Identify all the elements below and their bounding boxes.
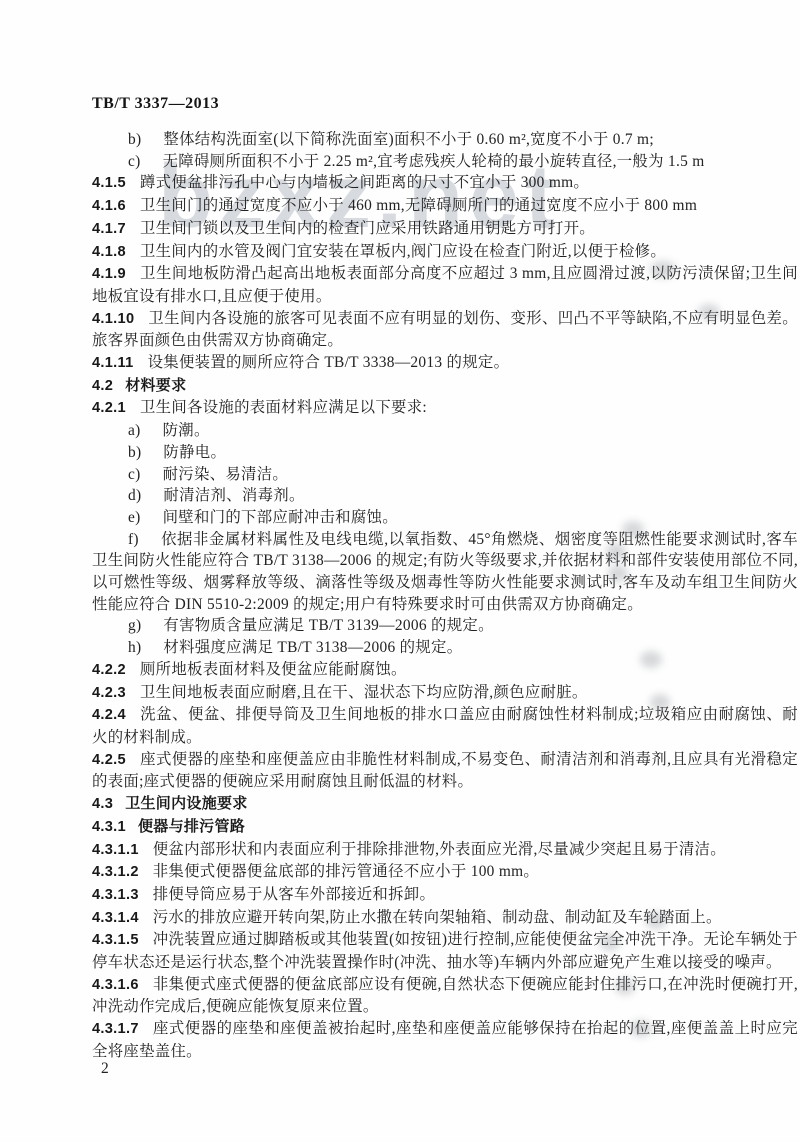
paragraph-text: 非集便式座式便器的便盆底部应设有便碗,自然状态下便碗应能封住排污口,在冲洗时便碗… <box>92 976 798 1016</box>
clause-number: 4.1.10 <box>92 311 134 327</box>
list-item: b)防静电。 <box>92 442 798 464</box>
paragraph-text: 卫生间各设施的表面材料应满足以下要求: <box>140 399 427 416</box>
paragraph-text: 便盆内部形状和内表面应利于排除排泄物,外表面应光滑,尽量减少突起且易于清洁。 <box>153 841 726 858</box>
clause-paragraph: 4.2.4洗盆、便盆、排便导筒及卫生间地板的排水口盖应由耐腐蚀性材料制成;垃圾箱… <box>92 704 798 748</box>
scan-smudge-artifact <box>630 1020 652 1037</box>
clause-number: 4.1.9 <box>92 266 126 282</box>
list-item: h)材料强度应满足 TB/T 3138—2006 的规定。 <box>92 637 798 659</box>
page-number: 2 <box>101 1060 109 1078</box>
paragraph-text: 卫生间内设施要求 <box>125 795 247 812</box>
list-item: e)间壁和门的下部应耐冲击和腐蚀。 <box>92 507 798 529</box>
clause-paragraph: 4.2.3卫生间地板表面应耐磨,且在干、湿状态下均应防滑,颜色应耐脏。 <box>92 682 798 705</box>
clause-number: 4.2.3 <box>92 685 126 701</box>
paragraph-text: 卫生间内的水管及阀门宜安装在罩板内,阀门应设在检查门附近,以便于检修。 <box>140 243 666 260</box>
scan-smudge-artifact <box>606 543 626 560</box>
paragraph-text: 污水的排放应避开转向架,防止水撒在转向架轴箱、制动盘、制动缸及车轮踏面上。 <box>153 909 722 926</box>
clause-paragraph: 4.1.6卫生间门的通过宽度不应小于 460 mm,无障碍厕所门的通过宽度不应小… <box>92 195 798 218</box>
clause-number: 4.1.11 <box>92 355 134 371</box>
clause-number: 4.3.1.7 <box>92 1021 139 1037</box>
clause-number: 4.3.1.5 <box>92 932 139 948</box>
item-marker: b) <box>128 131 141 148</box>
scan-smudge-artifact <box>650 694 670 711</box>
scan-smudge-artifact <box>622 521 644 538</box>
paragraph-text: 排便导筒应易于从客车外部接近和拆卸。 <box>153 886 435 903</box>
item-marker: b) <box>128 444 141 461</box>
clause-number: 4.1.5 <box>92 175 126 191</box>
paragraph-text: 依据非金属材料属性及电线电缆,以氧指数、45°角燃烧、烟密度等阻燃性能要求测试时… <box>92 531 798 613</box>
clause-paragraph: 4.2.1卫生间各设施的表面材料应满足以下要求: <box>92 397 798 420</box>
paragraph-text: 洗盆、便盆、排便导筒及卫生间地板的排水口盖应由耐腐蚀性材料制成;垃圾箱应由耐腐蚀… <box>92 706 798 746</box>
scan-smudge-artifact <box>615 978 635 995</box>
clause-number: 4.3.1.3 <box>92 887 139 903</box>
paragraph-text: 冲洗装置应通过脚踏板或其他装置(如按钮)进行控制,应能使便盆完全冲洗干净。无论车… <box>92 931 798 971</box>
paragraph-text: 无障碍厕所面积不小于 2.25 m²,宜考虑残疾人轮椅的最小旋转直径,一般为 1… <box>163 153 705 170</box>
clause-number: 4.1.7 <box>92 221 126 237</box>
clause-paragraph: 4.2.2厕所地板表面材料及便盆应能耐腐蚀。 <box>92 659 798 682</box>
clause-paragraph: 4.1.11设集便装置的厕所应符合 TB/T 3338—2013 的规定。 <box>92 352 798 375</box>
clause-number: 4.2.4 <box>92 707 126 723</box>
scan-smudge-artifact <box>640 651 662 668</box>
list-item: f)依据非金属材料属性及电线电缆,以氧指数、45°角燃烧、烟密度等阻燃性能要求测… <box>92 529 798 616</box>
item-marker: c) <box>128 466 141 483</box>
scan-smudge-artifact <box>645 912 667 929</box>
clause-number: 4.3.1.4 <box>92 910 139 926</box>
paragraph-text: 设集便装置的厕所应符合 TB/T 3338—2013 的规定。 <box>148 354 510 371</box>
clause-number: 4.3.1.1 <box>92 842 139 858</box>
paragraph-text: 卫生间地板表面应耐磨,且在干、湿状态下均应防滑,颜色应耐脏。 <box>140 684 588 701</box>
clause-number: 4.3.1.6 <box>92 977 139 993</box>
clause-paragraph: 4.3.1.4污水的排放应避开转向架,防止水撒在转向架轴箱、制动盘、制动缸及车轮… <box>92 907 798 930</box>
paragraph-text: 耐清洁剂、消毒剂。 <box>163 487 304 504</box>
clause-paragraph: 4.3.1.7座式便器的座垫和座便盖被抬起时,座垫和座便盖应能够保持在抬起的位置… <box>92 1018 798 1062</box>
paragraph-text: 防静电。 <box>163 444 226 461</box>
paragraph-text: 防潮。 <box>163 422 210 439</box>
clause-number: 4.3.1.2 <box>92 864 139 880</box>
paragraph-text: 卫生间门的通过宽度不应小于 460 mm,无障碍厕所门的通过宽度不应小于 800… <box>140 197 697 214</box>
paragraph-text: 材料要求 <box>125 377 186 394</box>
paragraph-text: 有害物质含量应满足 TB/T 3139—2006 的规定。 <box>163 617 493 634</box>
clause-paragraph: 4.1.10卫生间内各设施的旅客可见表面不应有明显的划伤、变形、凹凸不平等缺陷,… <box>92 308 798 352</box>
paragraph-text: 座式便器的座垫和座便盖应由非脆性材料制成,不易变色、耐清洁剂和消毒剂,且应具有光… <box>92 751 798 791</box>
list-item: g)有害物质含量应满足 TB/T 3139—2006 的规定。 <box>92 615 798 637</box>
clause-paragraph: 4.1.7卫生间门锁以及卫生间内的检查门应采用铁路通用钥匙方可打开。 <box>92 218 798 241</box>
document-body: b)整体结构洗面室(以下简称洗面室)面积不小于 0.60 m²,宽度不小于 0.… <box>92 129 798 1063</box>
paragraph-text: 非集便式便器便盆底部的排污管通径不应小于 100 mm。 <box>153 863 539 880</box>
clause-number: 4.2 <box>92 378 113 394</box>
paragraph-text: 卫生间地板防滑凸起高出地板表面部分高度不应超过 3 mm,且应圆滑过渡,以防污渍… <box>92 265 798 305</box>
item-marker: h) <box>128 639 141 656</box>
scan-smudge-artifact <box>698 304 720 320</box>
standard-number-header: TB/T 3337—2013 <box>92 95 219 113</box>
paragraph-text: 卫生间门锁以及卫生间内的检查门应采用铁路通用钥匙方可打开。 <box>140 220 595 237</box>
section-heading: 4.2材料要求 <box>92 375 798 398</box>
item-marker: f) <box>128 531 139 548</box>
clause-paragraph: 4.3.1.2非集便式便器便盆底部的排污管通径不应小于 100 mm。 <box>92 861 798 884</box>
clause-paragraph: 4.1.8卫生间内的水管及阀门宜安装在罩板内,阀门应设在检查门附近,以便于检修。 <box>92 241 798 264</box>
clause-number: 4.2.5 <box>92 752 126 768</box>
scan-smudge-artifact <box>650 261 676 278</box>
clause-paragraph: 4.3.1.6非集便式座式便器的便盆底部应设有便碗,自然状态下便碗应能封住排污口… <box>92 974 798 1018</box>
paragraph-text: 蹲式便盆排污孔中心与内墙板之间距离的尺寸不宜小于 300 mm。 <box>140 174 589 191</box>
paragraph-text: 卫生间内各设施的旅客可见表面不应有明显的划伤、变形、凹凸不平等缺陷,不应有明显色… <box>92 310 798 350</box>
scan-smudge-artifact <box>608 565 628 582</box>
paragraph-text: 材料强度应满足 TB/T 3138—2006 的规定。 <box>163 639 462 656</box>
paragraph-text: 便器与排污管路 <box>138 818 245 835</box>
list-item: c)无障碍厕所面积不小于 2.25 m²,宜考虑残疾人轮椅的最小旋转直径,一般为… <box>92 151 798 173</box>
item-marker: c) <box>128 153 141 170</box>
list-item: a)防潮。 <box>92 420 798 442</box>
clause-number: 4.3.1 <box>92 819 126 835</box>
clause-paragraph: 4.2.5座式便器的座垫和座便盖应由非脆性材料制成,不易变色、耐清洁剂和消毒剂,… <box>92 749 798 793</box>
clause-number: 4.2.1 <box>92 400 126 416</box>
list-item: c)耐污染、易清洁。 <box>92 464 798 486</box>
scan-smudge-artifact <box>600 934 620 951</box>
clause-number: 4.2.2 <box>92 662 126 678</box>
list-item: d)耐清洁剂、消毒剂。 <box>92 485 798 507</box>
paragraph-text: 厕所地板表面材料及便盆应能耐腐蚀。 <box>140 661 407 678</box>
clause-number: 4.1.6 <box>92 198 126 214</box>
section-heading: 4.3卫生间内设施要求 <box>92 793 798 816</box>
paragraph-text: 耐污染、易清洁。 <box>163 466 289 483</box>
clause-number: 4.1.8 <box>92 244 126 260</box>
item-marker: e) <box>128 509 141 526</box>
paragraph-text: 整体结构洗面室(以下简称洗面室)面积不小于 0.60 m²,宽度不小于 0.7 … <box>163 131 653 148</box>
item-marker: g) <box>128 617 141 634</box>
paragraph-text: 座式便器的座垫和座便盖被抬起时,座垫和座便盖应能够保持在抬起的位置,座便盖盖上时… <box>92 1020 798 1060</box>
clause-number: 4.3 <box>92 796 113 812</box>
clause-paragraph: 4.3.1.3排便导筒应易于从客车外部接近和拆卸。 <box>92 884 798 907</box>
clause-paragraph: 4.3.1.1便盆内部形状和内表面应利于排除排泄物,外表面应光滑,尽量减少突起且… <box>92 839 798 862</box>
list-item: b)整体结构洗面室(以下简称洗面室)面积不小于 0.60 m²,宽度不小于 0.… <box>92 129 798 151</box>
section-heading: 4.3.1便器与排污管路 <box>92 816 798 839</box>
clause-paragraph: 4.1.9卫生间地板防滑凸起高出地板表面部分高度不应超过 3 mm,且应圆滑过渡… <box>92 263 798 307</box>
paragraph-text: 间壁和门的下部应耐冲击和腐蚀。 <box>163 509 398 526</box>
clause-paragraph: 4.1.5蹲式便盆排污孔中心与内墙板之间距离的尺寸不宜小于 300 mm。 <box>92 172 798 195</box>
item-marker: d) <box>128 487 141 504</box>
document-page: bzxz.net TB/T 3337—2013 b)整体结构洗面室(以下简称洗面… <box>0 0 800 1142</box>
item-marker: a) <box>128 422 141 439</box>
clause-paragraph: 4.3.1.5冲洗装置应通过脚踏板或其他装置(如按钮)进行控制,应能使便盆完全冲… <box>92 929 798 973</box>
